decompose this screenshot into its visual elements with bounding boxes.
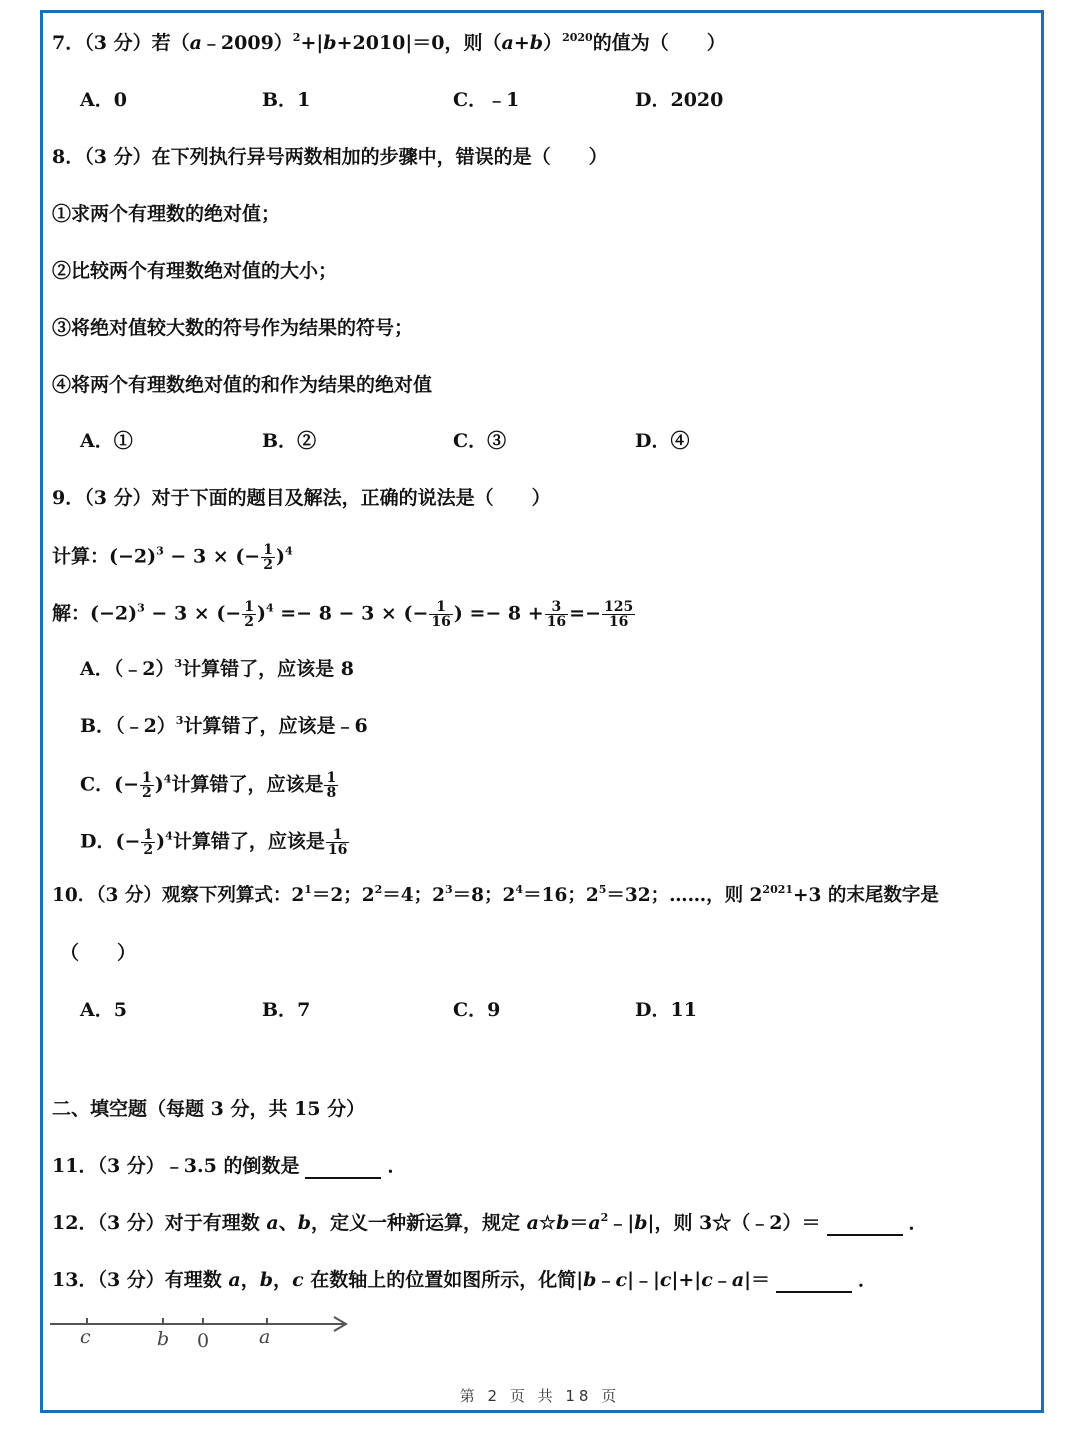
expr: (−2) xyxy=(109,546,156,568)
question-13: 13．（3 分）有理数 a，b，c 在数轴上的位置如图所示，化简|b﹣c|﹣|c… xyxy=(52,1267,877,1293)
denominator: 2 xyxy=(242,615,256,629)
exponent: 2020 xyxy=(562,31,593,44)
answer-blank[interactable] xyxy=(305,1157,381,1179)
option-text: 1 xyxy=(297,89,310,111)
denominator: 2 xyxy=(261,558,275,572)
q9-calc: 计算：(−2)3 − 3 × (−12)4 xyxy=(52,543,293,572)
var-a: a xyxy=(527,1212,539,1234)
fraction: 12516 xyxy=(602,600,635,629)
stem-text: |﹣| xyxy=(627,1269,660,1291)
option-text: 7 xyxy=(297,999,310,1021)
option-text: ﹣1 xyxy=(487,89,519,111)
option-label: A． xyxy=(80,89,114,111)
q10-option-a[interactable]: A．5 xyxy=(80,997,127,1023)
stem-text: ﹣2009） xyxy=(202,32,293,54)
var-a: a xyxy=(502,32,514,54)
expr: − 3 × (− xyxy=(164,546,260,568)
denominator: 16 xyxy=(326,843,349,857)
stem-text: +3 的末尾数字是 xyxy=(793,885,939,906)
option-text: ② xyxy=(297,430,316,452)
option-label: D． xyxy=(80,831,115,853)
var-c: c xyxy=(292,1269,304,1291)
option-text: 11 xyxy=(670,999,696,1021)
expr: ) xyxy=(155,774,164,796)
stem-text: 对于下面的题目及解法，正确的说法是（ ） xyxy=(152,487,551,509)
fraction: 116 xyxy=(429,600,452,629)
option-text: （﹣2） xyxy=(115,715,176,737)
q7-option-a[interactable]: A．0 xyxy=(80,87,127,113)
exponent: 3 xyxy=(156,545,164,558)
q8-step-1: ①求两个有理数的绝对值； xyxy=(52,201,280,227)
var-b: b xyxy=(634,1212,647,1234)
q8-option-c[interactable]: C．③ xyxy=(453,428,506,454)
option-label: C． xyxy=(453,999,487,1021)
question-points: （3 分） xyxy=(97,1155,164,1177)
exponent: 4 xyxy=(515,883,523,896)
q7-option-c[interactable]: C．﹣1 xyxy=(453,87,519,113)
option-label: D． xyxy=(635,89,670,111)
option-label: C． xyxy=(453,89,487,111)
stem-text: |，则 3☆（﹣2）＝ xyxy=(648,1212,821,1234)
fraction: 116 xyxy=(326,828,349,857)
stem-text: 若（ xyxy=(152,32,190,54)
numerator: 1 xyxy=(242,600,256,615)
expr: − 3 × (− xyxy=(145,603,241,625)
question-11: 11．（3 分）﹣3.5 的倒数是． xyxy=(52,1153,406,1179)
option-label: A． xyxy=(80,999,114,1021)
answer-blank[interactable] xyxy=(776,1271,852,1293)
var-b: b xyxy=(323,32,336,54)
q8-option-d[interactable]: D．④ xyxy=(635,428,690,454)
numerator: 3 xyxy=(545,600,568,615)
fraction: 12 xyxy=(261,543,275,572)
fraction: 12 xyxy=(141,828,155,857)
option-text: ④ xyxy=(670,430,689,452)
numerator: 1 xyxy=(141,828,155,843)
stem-text: ． xyxy=(387,1155,406,1177)
option-label: D． xyxy=(635,999,670,1021)
stem-text: ， xyxy=(273,1269,292,1291)
label-zero: 0 xyxy=(197,1330,209,1352)
option-text: 计算错了，应该是 xyxy=(173,831,325,853)
var-c: c xyxy=(615,1269,627,1291)
option-text: 9 xyxy=(487,999,500,1021)
option-text: ① xyxy=(114,430,133,452)
exponent: 3 xyxy=(174,657,182,670)
number-line-figure: c b 0 a xyxy=(48,1308,358,1362)
question-12: 12．（3 分）对于有理数 a、b，定义一种新运算，规定 a☆b＝a2﹣|b|，… xyxy=(52,1210,928,1236)
q9-option-d[interactable]: D．(−12)4计算错了，应该是116 xyxy=(80,828,350,857)
q7-option-d[interactable]: D．2020 xyxy=(635,87,723,113)
stem-text: 观察下列算式：2 xyxy=(162,885,304,906)
question-points: （3 分） xyxy=(84,32,151,54)
q7-option-b[interactable]: B．1 xyxy=(262,87,310,113)
exponent: 4 xyxy=(285,545,293,558)
stem-text: ﹣ xyxy=(713,1269,732,1291)
var-a: a xyxy=(190,32,202,54)
question-10-stem: 10．（3 分）观察下列算式：21＝2；22＝4；23＝8；24＝16；25＝3… xyxy=(52,883,939,909)
expr: ) xyxy=(156,831,165,853)
option-label: D． xyxy=(635,430,670,452)
option-label: A． xyxy=(80,658,114,680)
option-text: 2020 xyxy=(670,89,723,111)
var-b: b xyxy=(298,1212,311,1234)
option-text: 计算错了，应该是﹣6 xyxy=(183,715,367,737)
stem-text: ，定义一种新运算，规定 xyxy=(311,1212,527,1234)
answer-blank[interactable] xyxy=(827,1214,903,1236)
stem-text: ＝16；2 xyxy=(523,885,599,906)
numerator: 1 xyxy=(429,600,452,615)
var-a: a xyxy=(588,1212,600,1234)
question-points: （3 分） xyxy=(97,1212,164,1234)
var-a: a xyxy=(266,1212,278,1234)
stem-text: ， xyxy=(241,1269,260,1291)
var-c: c xyxy=(701,1269,713,1291)
q8-option-b[interactable]: B．② xyxy=(262,428,316,454)
expr: ) xyxy=(257,603,266,625)
page-footer: 第 2 页 共 18 页 xyxy=(0,1385,1080,1406)
exponent: 3 xyxy=(445,883,453,896)
stem-text: 在数轴上的位置如图所示，化简| xyxy=(304,1269,584,1291)
fraction: 18 xyxy=(324,771,338,800)
option-label: B． xyxy=(80,715,115,737)
q8-step-4: ④将两个有理数绝对值的和作为结果的绝对值 xyxy=(52,372,432,398)
stem-text: 有理数 xyxy=(165,1269,229,1291)
exponent: 1 xyxy=(304,883,312,896)
denominator: 2 xyxy=(141,843,155,857)
label-a: a xyxy=(259,1326,270,1348)
q10-option-b[interactable]: B．7 xyxy=(262,997,310,1023)
expr: (− xyxy=(115,831,140,853)
q10-option-c[interactable]: C．9 xyxy=(453,997,500,1023)
stem-text: ＝ xyxy=(569,1212,588,1234)
stem-text: 对于有理数 xyxy=(165,1212,267,1234)
stem-text: ﹣ xyxy=(596,1269,615,1291)
stem-text: ） xyxy=(543,32,562,54)
question-number: 7． xyxy=(52,32,84,54)
option-label: A． xyxy=(80,430,114,452)
q9-option-b[interactable]: B．（﹣2）3计算错了，应该是﹣6 xyxy=(80,713,368,739)
numerator: 125 xyxy=(602,600,635,615)
question-points: （3 分） xyxy=(96,885,162,906)
stem-text: +| xyxy=(300,32,323,54)
stem-text: 的值为（ ） xyxy=(593,32,726,54)
question-8-stem: 8．（3 分）在下列执行异号两数相加的步骤中，错误的是（ ） xyxy=(52,144,608,170)
stem-text: 、 xyxy=(279,1212,298,1234)
var-b: b xyxy=(260,1269,273,1291)
stem-text: +2010|＝0，则（ xyxy=(337,32,502,54)
question-number: 13． xyxy=(52,1269,97,1291)
denominator: 16 xyxy=(545,615,568,629)
option-text: 计算错了，应该是 8 xyxy=(182,658,354,680)
calc-label: 计算： xyxy=(52,546,109,568)
q9-option-c[interactable]: C．(−12)4计算错了，应该是18 xyxy=(80,771,339,800)
var-a: a xyxy=(732,1269,744,1291)
label-c: c xyxy=(80,1326,91,1348)
option-text: 5 xyxy=(114,999,127,1021)
option-text: （﹣2） xyxy=(114,658,175,680)
var-b: b xyxy=(530,32,543,54)
q8-step-2: ②比较两个有理数绝对值的大小； xyxy=(52,258,337,284)
stem-text: ． xyxy=(858,1269,877,1291)
numerator: 1 xyxy=(324,771,338,786)
stem-text: ＝2；2 xyxy=(312,885,375,906)
denominator: 16 xyxy=(429,615,452,629)
stem-text: |+| xyxy=(671,1269,701,1291)
question-points: （3 分） xyxy=(84,487,151,509)
stem-text: 在下列执行异号两数相加的步骤中，错误的是（ ） xyxy=(152,146,608,168)
fraction: 316 xyxy=(545,600,568,629)
numerator: 1 xyxy=(261,543,275,558)
stem-text: ＝8；2 xyxy=(453,885,516,906)
question-number: 8． xyxy=(52,146,84,168)
option-label: B． xyxy=(262,999,297,1021)
stem-text: ＝32；……，则 2 xyxy=(606,885,762,906)
question-number: 11． xyxy=(52,1155,97,1177)
expr: ) =− 8 + xyxy=(454,603,544,625)
stem-text: ． xyxy=(909,1212,928,1234)
exponent: 2021 xyxy=(762,883,793,896)
stem-text: ﹣| xyxy=(608,1212,634,1234)
numerator: 1 xyxy=(140,771,154,786)
var-c: c xyxy=(660,1269,672,1291)
denominator: 2 xyxy=(140,786,154,800)
question-points: （3 分） xyxy=(97,1269,164,1291)
numerator: 1 xyxy=(326,828,349,843)
var-b: b xyxy=(583,1269,596,1291)
expr: =− xyxy=(569,603,601,625)
var-a: a xyxy=(228,1269,240,1291)
solution-label: 解： xyxy=(52,603,90,625)
option-text: ③ xyxy=(487,430,506,452)
question-9-stem: 9．（3 分）对于下面的题目及解法，正确的说法是（ ） xyxy=(52,485,551,511)
expr: =− 8 − 3 × (− xyxy=(280,603,428,625)
stem-text: ＝4；2 xyxy=(382,885,445,906)
question-points: （3 分） xyxy=(84,146,151,168)
expr: (−2) xyxy=(90,603,137,625)
question-number: 10． xyxy=(52,885,96,906)
q8-step-3: ③将绝对值较大数的符号作为结果的符号； xyxy=(52,315,413,341)
q9-solution: 解：(−2)3 − 3 × (−12)4 =− 8 − 3 × (−116) =… xyxy=(52,600,636,629)
stem-text: ﹣3.5 的倒数是 xyxy=(165,1155,300,1177)
section-heading-fill-in: 二、填空题（每题 3 分，共 15 分） xyxy=(52,1096,365,1122)
fraction: 12 xyxy=(140,771,154,800)
var-b: b xyxy=(556,1212,569,1234)
denominator: 8 xyxy=(324,786,338,800)
fraction: 12 xyxy=(242,600,256,629)
q8-option-a[interactable]: A．① xyxy=(80,428,133,454)
expr: ) xyxy=(276,546,285,568)
option-text: 0 xyxy=(114,89,127,111)
exponent: 3 xyxy=(137,602,145,615)
question-7-stem: 7．（3 分）若（a﹣2009）2+|b+2010|＝0，则（a+b）2020的… xyxy=(52,30,726,56)
exponent: 4 xyxy=(165,830,173,843)
stem-text: + xyxy=(514,32,530,54)
option-label: C． xyxy=(453,430,487,452)
stem-text: |＝ xyxy=(744,1269,770,1291)
option-label: C． xyxy=(80,774,114,796)
question-number: 9． xyxy=(52,487,84,509)
q9-option-a[interactable]: A．（﹣2）3计算错了，应该是 8 xyxy=(80,656,354,682)
option-text: 计算错了，应该是 xyxy=(171,774,323,796)
label-b: b xyxy=(157,1328,169,1350)
question-number: 12． xyxy=(52,1212,97,1234)
expr: (− xyxy=(114,774,139,796)
option-label: B． xyxy=(262,430,297,452)
exponent: 4 xyxy=(266,602,274,615)
denominator: 16 xyxy=(602,615,635,629)
star-operator: ☆ xyxy=(539,1212,556,1234)
question-10-answer-paren: （ ） xyxy=(60,940,136,966)
option-label: B． xyxy=(262,89,297,111)
q10-option-d[interactable]: D．11 xyxy=(635,997,697,1023)
